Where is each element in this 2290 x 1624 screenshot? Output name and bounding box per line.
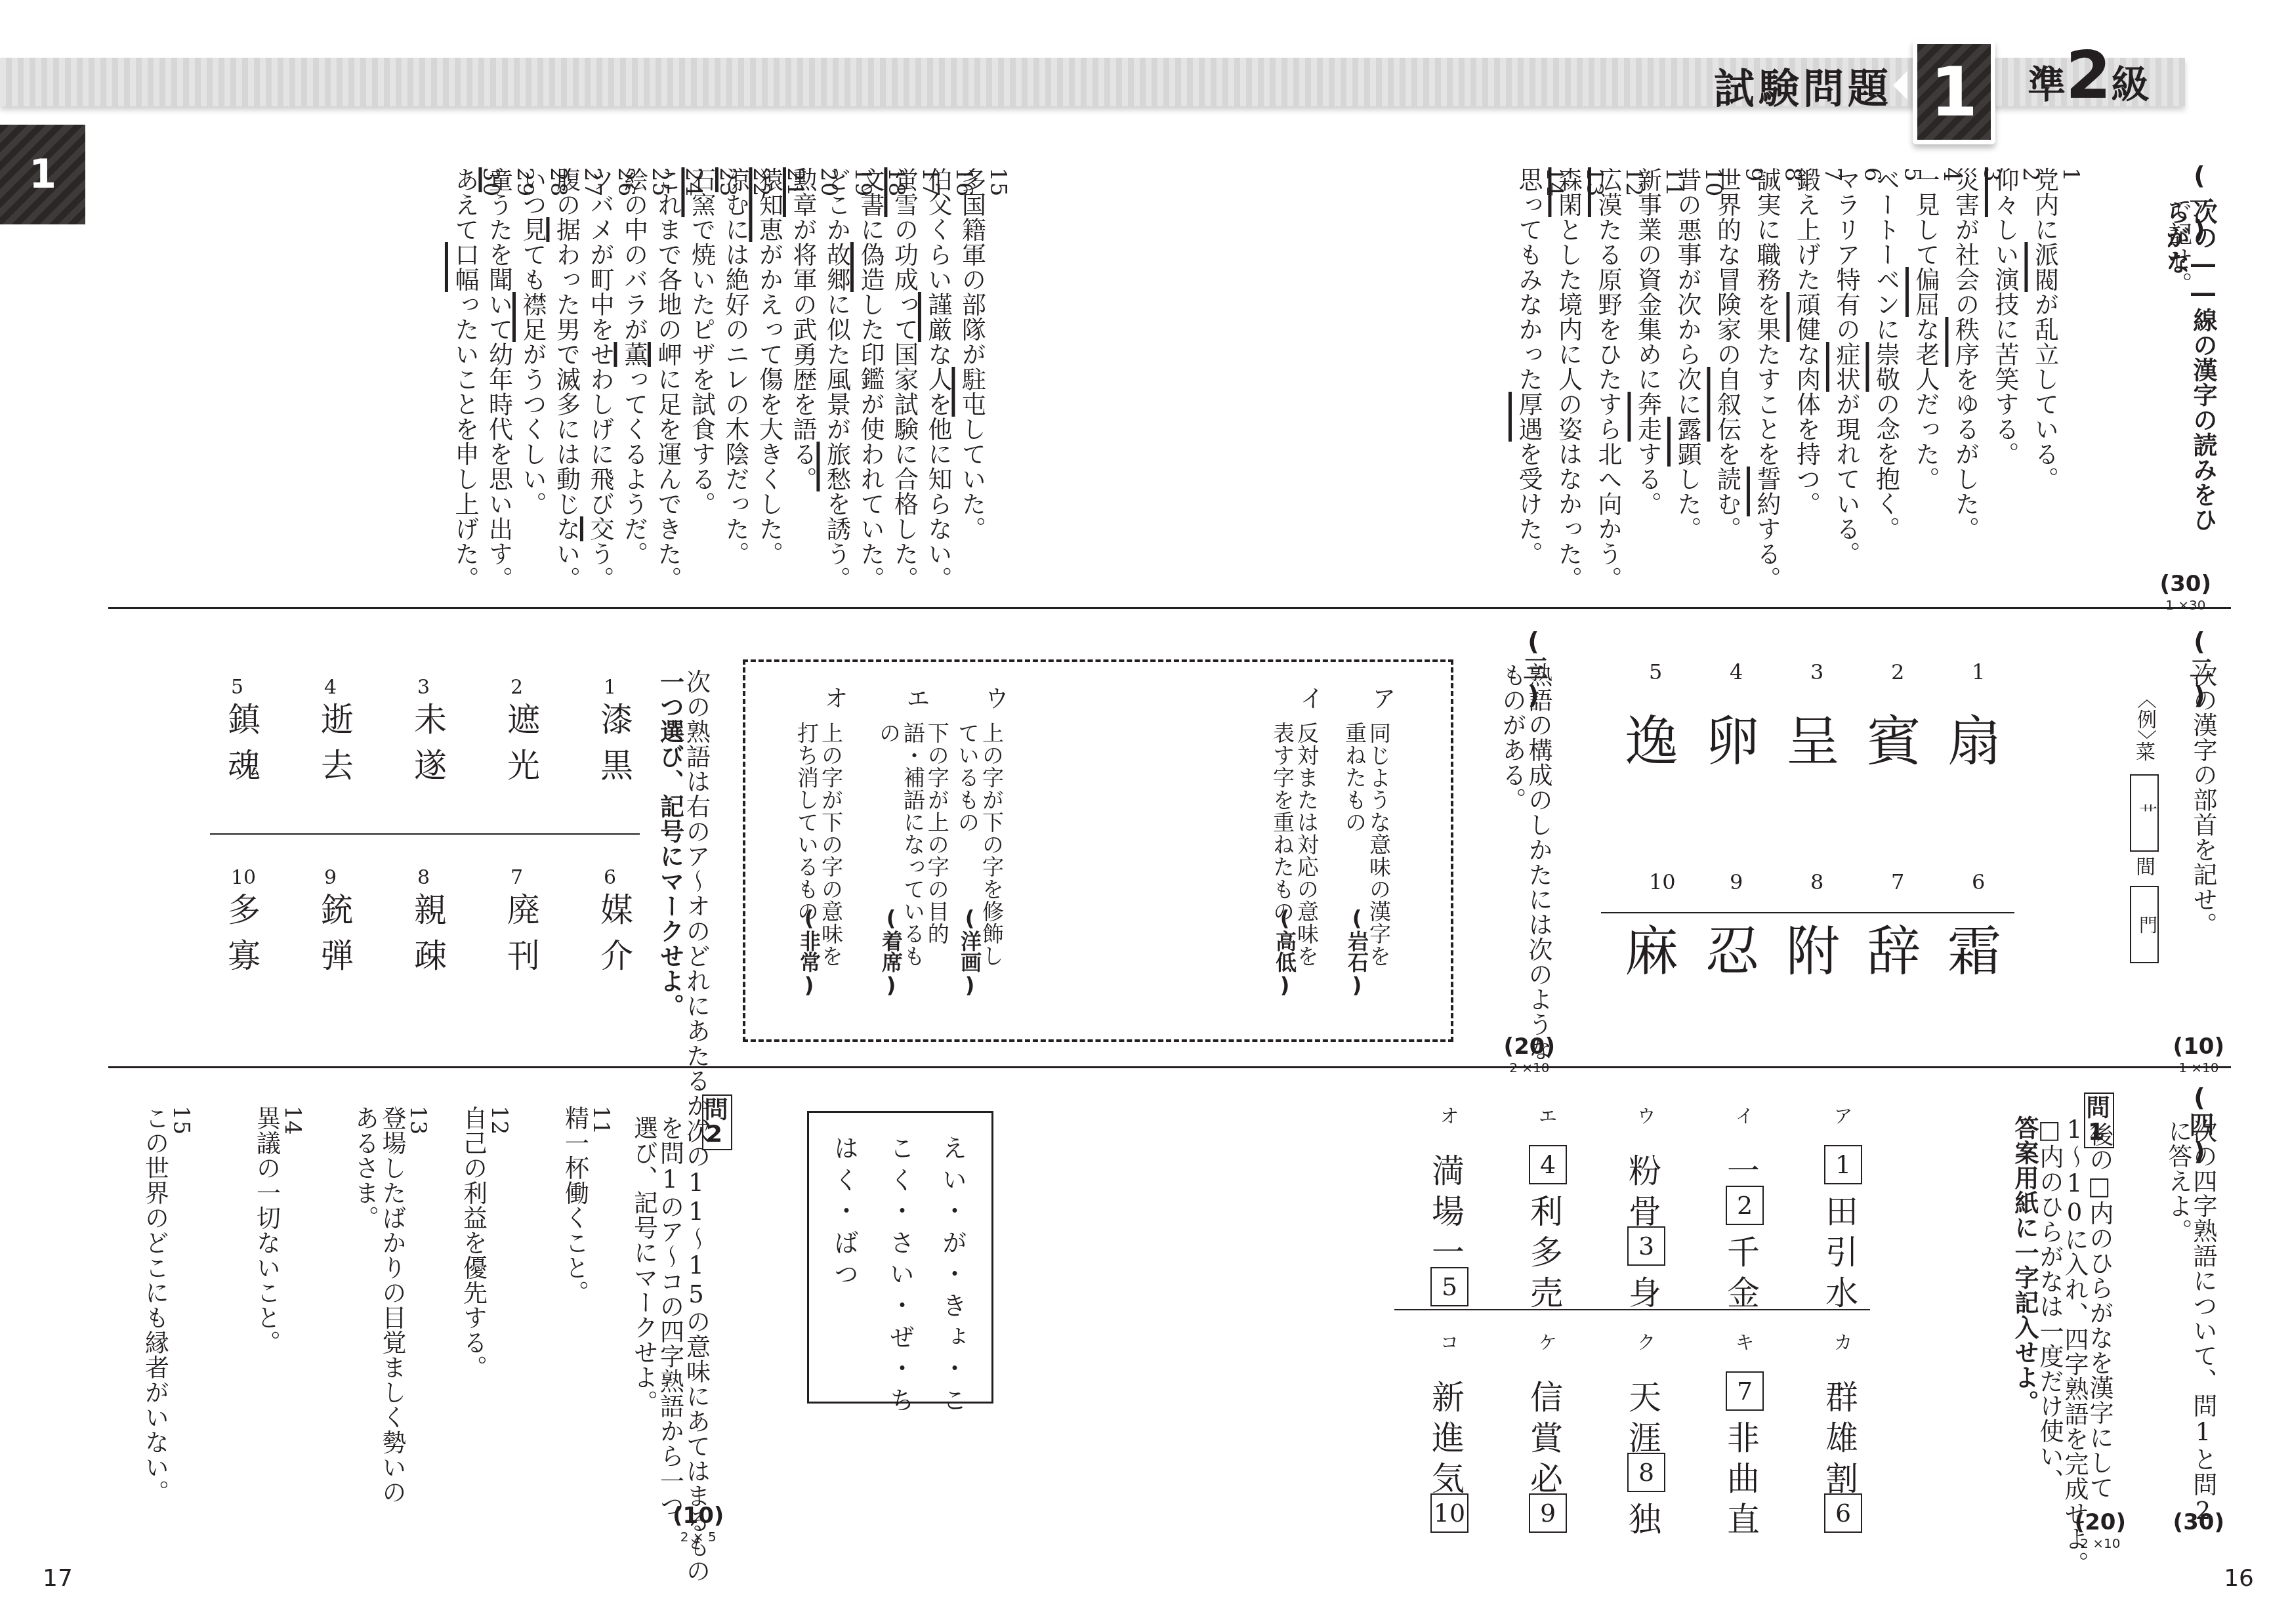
grade-label: 準2級 <box>2028 46 2150 109</box>
composition-item-number: 2 <box>510 676 523 699</box>
item-number: 16 <box>951 167 976 587</box>
section3-question: 次の熟語は右のア〜オのどれにあたるか、 <box>682 669 709 1143</box>
composition-item-word: 鎮魂 <box>218 702 265 794</box>
item-text-after: ったいことを申し上げた。 <box>451 292 479 591</box>
composition-item-word: 遮光 <box>497 702 545 794</box>
item-text-after: を誘う。 <box>822 491 850 591</box>
idiom-char: 金 <box>1727 1267 1760 1314</box>
q2-score: (10)2 × 5 <box>673 1503 724 1545</box>
example-kanji-1: 菜 <box>2132 741 2154 762</box>
divider-2 <box>108 1066 2231 1068</box>
meaning-item-number: 13 <box>406 1106 430 1509</box>
item-number: 14 <box>1542 167 1567 562</box>
idiom-blank-box: 8 <box>1627 1453 1665 1492</box>
item-number: 27 <box>579 167 604 587</box>
q1-line4: 答案用紙に一字記入せよ。 <box>2011 1115 2038 1415</box>
radical-item-number: 3 <box>1810 659 1823 684</box>
radical-item-kanji: 霜 <box>1947 909 2001 986</box>
composition-item-word: 銃弾 <box>311 892 358 984</box>
radical-item-kanji: 賓 <box>1867 699 1921 776</box>
section4-score: (30) <box>2173 1509 2224 1535</box>
idiom-mark: ク <box>1637 1329 1655 1355</box>
item-text-after: を受けた。 <box>1514 442 1543 566</box>
radical-item-number: 10 <box>1649 869 1676 894</box>
meaning-item-text: 異議の一切ないこと。 <box>252 1106 280 1355</box>
reading-item: 14思ってもみなかった厚遇を受けた。 <box>1515 167 1568 566</box>
type-mark: エ <box>902 686 929 711</box>
item-number: 3 <box>1978 167 2003 537</box>
section3-question-cont: 一つ選び、記号にマークせよ。 <box>656 669 683 1018</box>
idiom-blank-box: 10 <box>1430 1493 1468 1533</box>
q2-line3: 選び、記号にマークせよ。 <box>630 1115 657 1415</box>
idiom-mark: エ <box>1539 1102 1557 1129</box>
idiom-blank-box: 7 <box>1726 1371 1764 1411</box>
kana-choices-line-2: こく・さい・ぜ・ち <box>886 1135 914 1419</box>
composition-item-number: 7 <box>510 866 523 889</box>
grade-prefix: 準 <box>2028 62 2066 107</box>
radical-item-kanji: 逸 <box>1625 699 1678 776</box>
meaning-item: 12自己の利益を優先する。 <box>459 1106 512 1512</box>
radical-item-number: 4 <box>1730 659 1743 684</box>
type-mark: ウ <box>981 686 1008 711</box>
radical-item-number: 2 <box>1891 659 1904 684</box>
composition-item-number: 1 <box>604 676 616 699</box>
idiom-blank-box: 3 <box>1627 1226 1665 1266</box>
section3-instruction: 熟語の構成のしかたには次のような <box>1525 663 1552 1062</box>
section2-instruction: 次の漢字の部首を記せ。 <box>2190 663 2217 937</box>
idiom-mark: オ <box>1440 1102 1459 1129</box>
q1-line1: 後の□内のひらがなを漢字にして <box>2086 1122 2113 1500</box>
q2-line2: を問1のア〜コの四字熟語から一つ <box>656 1115 683 1518</box>
composition-item-word: 逝去 <box>311 702 358 794</box>
composition-item-word: 廃刊 <box>497 892 545 984</box>
radical-item-number: 9 <box>1730 869 1743 894</box>
type-example: (洋画) <box>955 906 985 997</box>
idiom-blank-box: 6 <box>1824 1493 1862 1533</box>
type-mark: ア <box>1368 686 1395 711</box>
idiom-char: 直 <box>1727 1493 1760 1541</box>
exam-number-badge: 1 <box>1913 39 1995 144</box>
idiom-blank-box: 1 <box>1824 1145 1862 1184</box>
section3-score: (20)2 ×10 <box>1504 1033 1555 1075</box>
item-number: 13 <box>1581 167 1606 587</box>
composition-item-number: 9 <box>324 866 337 889</box>
example-kanji-2: 間 <box>2132 856 2154 877</box>
q1-line3: □内のひらがなは一度だけ使い、 <box>2036 1115 2063 1493</box>
item-number: 19 <box>850 167 875 587</box>
idiom-blank-box: 2 <box>1726 1186 1764 1225</box>
item-number: 8 <box>1780 167 1805 587</box>
reading-item: 30あえて口幅ったいことを申し上げた。 <box>451 167 504 591</box>
item-number: 17 <box>917 167 942 587</box>
kana-choices-line-3: はく・ばつ <box>830 1135 858 1293</box>
meaning-item-number: 12 <box>486 1106 511 1509</box>
item-number: 5 <box>1899 167 1924 537</box>
grade-suffix: 級 <box>2112 62 2150 107</box>
composition-item-word: 未遂 <box>404 702 451 794</box>
meaning-item-text: 精一杯働くこと。 <box>560 1106 589 1305</box>
composition-item-word: 媒介 <box>591 892 638 984</box>
item-text-before: 思ってもみなかった <box>1514 167 1543 392</box>
section1-instruction-cont: で記せ。 <box>2165 197 2192 297</box>
idiom-mark: カ <box>1834 1329 1852 1355</box>
item-number: 24 <box>681 167 706 587</box>
composition-item-number: 3 <box>417 676 430 699</box>
q1-line2: 1〜10に入れ、四字熟語を完成せよ。 <box>2061 1115 2088 1576</box>
meaning-item-text: この世界のどこにも縁者がいない。 <box>140 1106 169 1505</box>
item-number: 7 <box>1820 167 1844 512</box>
example-radical-box-1: 艹 <box>2130 774 2159 852</box>
idiom-blank-box: 4 <box>1529 1145 1567 1184</box>
idiom-mark: キ <box>1736 1329 1754 1355</box>
type-example: (非常) <box>794 906 824 997</box>
idioms-row-divider <box>1394 1309 1870 1310</box>
exam-title: 試験問題 <box>1714 56 1892 115</box>
type-example: (着席) <box>876 906 906 997</box>
meaning-item-number: 11 <box>588 1106 613 1509</box>
radical-item-kanji: 附 <box>1786 909 1840 986</box>
item-number: 10 <box>1701 167 1726 537</box>
item-number: 30 <box>478 167 503 587</box>
section4-instruction: 次の四字熟語について、問1と問2 <box>2190 1119 2217 1526</box>
grade-number: 2 <box>2066 37 2112 114</box>
title-pointer-shape <box>1893 71 1907 100</box>
item-number: 6 <box>1860 167 1884 562</box>
type-example: (岩石) <box>1342 906 1372 997</box>
meaning-item-number: 15 <box>168 1106 193 1509</box>
idiom-blank-box: 9 <box>1529 1493 1567 1533</box>
idiom-mark: ア <box>1834 1102 1852 1129</box>
radical-item-number: 8 <box>1810 869 1823 894</box>
example-radical-box-2: 門 <box>2130 886 2159 963</box>
composition-item-number: 10 <box>231 866 256 889</box>
idiom-char: 身 <box>1629 1267 1661 1314</box>
page-number-right: 16 <box>2224 1565 2254 1592</box>
idiom-mark: ケ <box>1539 1329 1557 1355</box>
radical-item-number: 1 <box>1972 659 1985 684</box>
chapter-side-tab: 1 <box>0 125 85 224</box>
meaning-item-number: 14 <box>280 1106 304 1509</box>
type-example: (高低) <box>1270 906 1300 997</box>
radical-item-kanji: 卵 <box>1705 699 1759 776</box>
item-number: 12 <box>1621 167 1646 587</box>
item-number: 28 <box>546 167 571 512</box>
item-number: 18 <box>884 167 909 587</box>
kana-choices-line-1: えい・が・きょ・こ <box>938 1135 967 1419</box>
item-number: 11 <box>1661 167 1686 512</box>
item-number: 26 <box>614 167 638 587</box>
idiom-char: 水 <box>1825 1267 1858 1314</box>
meaning-item: 14異議の一切ないこと。 <box>253 1106 305 1512</box>
idiom-blank-box: 5 <box>1430 1267 1468 1306</box>
radical-item-number: 5 <box>1649 659 1662 684</box>
radical-item-number: 7 <box>1891 869 1904 894</box>
item-number: 9 <box>1740 167 1765 537</box>
item-text-before: あえて <box>451 167 479 242</box>
meaning-item: 15この世界のどこにも縁者がいない。 <box>141 1106 194 1512</box>
item-number: 4 <box>1939 167 1964 488</box>
item-number: 22 <box>749 167 774 562</box>
composition-item-word: 親疎 <box>404 892 451 984</box>
radical-item-kanji: 忍 <box>1705 909 1759 986</box>
idiom-mark: コ <box>1440 1329 1459 1355</box>
item-number: 1 <box>2058 167 2083 488</box>
section2-score: (10)1 ×10 <box>2173 1033 2224 1075</box>
composition-item-number: 4 <box>324 676 337 699</box>
item-target-kanji: 口幅 <box>451 242 479 292</box>
section2-row-divider <box>1601 912 2014 913</box>
idiom-mark: イ <box>1736 1102 1754 1129</box>
radical-item-number: 6 <box>1972 869 1985 894</box>
idiom-char: 売 <box>1530 1267 1563 1314</box>
idiom-mark: ウ <box>1637 1102 1655 1129</box>
item-number: 23 <box>715 167 739 512</box>
page-number-left: 17 <box>43 1565 73 1592</box>
meaning-item-text: 自己の利益を優先する。 <box>459 1106 487 1380</box>
meaning-item: 13登場したばかりの目覚ましく勢いのあるさま。 <box>351 1106 430 1512</box>
composition-item-number: 6 <box>604 866 616 889</box>
composition-item-number: 8 <box>417 866 430 889</box>
section3-instruction-cont: ものがある。 <box>1499 663 1526 812</box>
meaning-item-text: 登場したばかりの目覚ましく勢いのあるさま。 <box>350 1106 406 1505</box>
section4-instruction-cont: に答えよ。 <box>2165 1119 2192 1243</box>
radical-item-kanji: 扇 <box>1947 699 2001 776</box>
composition-item-word: 漆黒 <box>591 702 638 794</box>
radical-item-kanji: 呈 <box>1786 699 1840 776</box>
meaning-item: 11精一杯働くこと。 <box>561 1106 614 1512</box>
type-mark: オ <box>820 686 847 711</box>
item-number: 20 <box>816 167 841 488</box>
item-number: 21 <box>782 167 807 562</box>
q1-score: (20)2 ×10 <box>2075 1509 2126 1551</box>
divider-1 <box>108 607 2231 609</box>
composition-item-number: 5 <box>231 676 243 699</box>
radical-item-kanji: 麻 <box>1625 909 1678 986</box>
item-target-kanji: 厚遇 <box>1514 392 1543 442</box>
item-number: 15 <box>985 167 1010 537</box>
idiom-char: 独 <box>1629 1493 1661 1541</box>
section3-row-divider <box>210 833 640 835</box>
item-number: 2 <box>2018 167 2043 463</box>
item-number: 25 <box>647 167 672 562</box>
radical-item-kanji: 辞 <box>1867 909 1921 986</box>
composition-item-word: 多寡 <box>218 892 265 984</box>
type-mark: イ <box>1296 686 1323 711</box>
item-number: 29 <box>512 167 537 587</box>
